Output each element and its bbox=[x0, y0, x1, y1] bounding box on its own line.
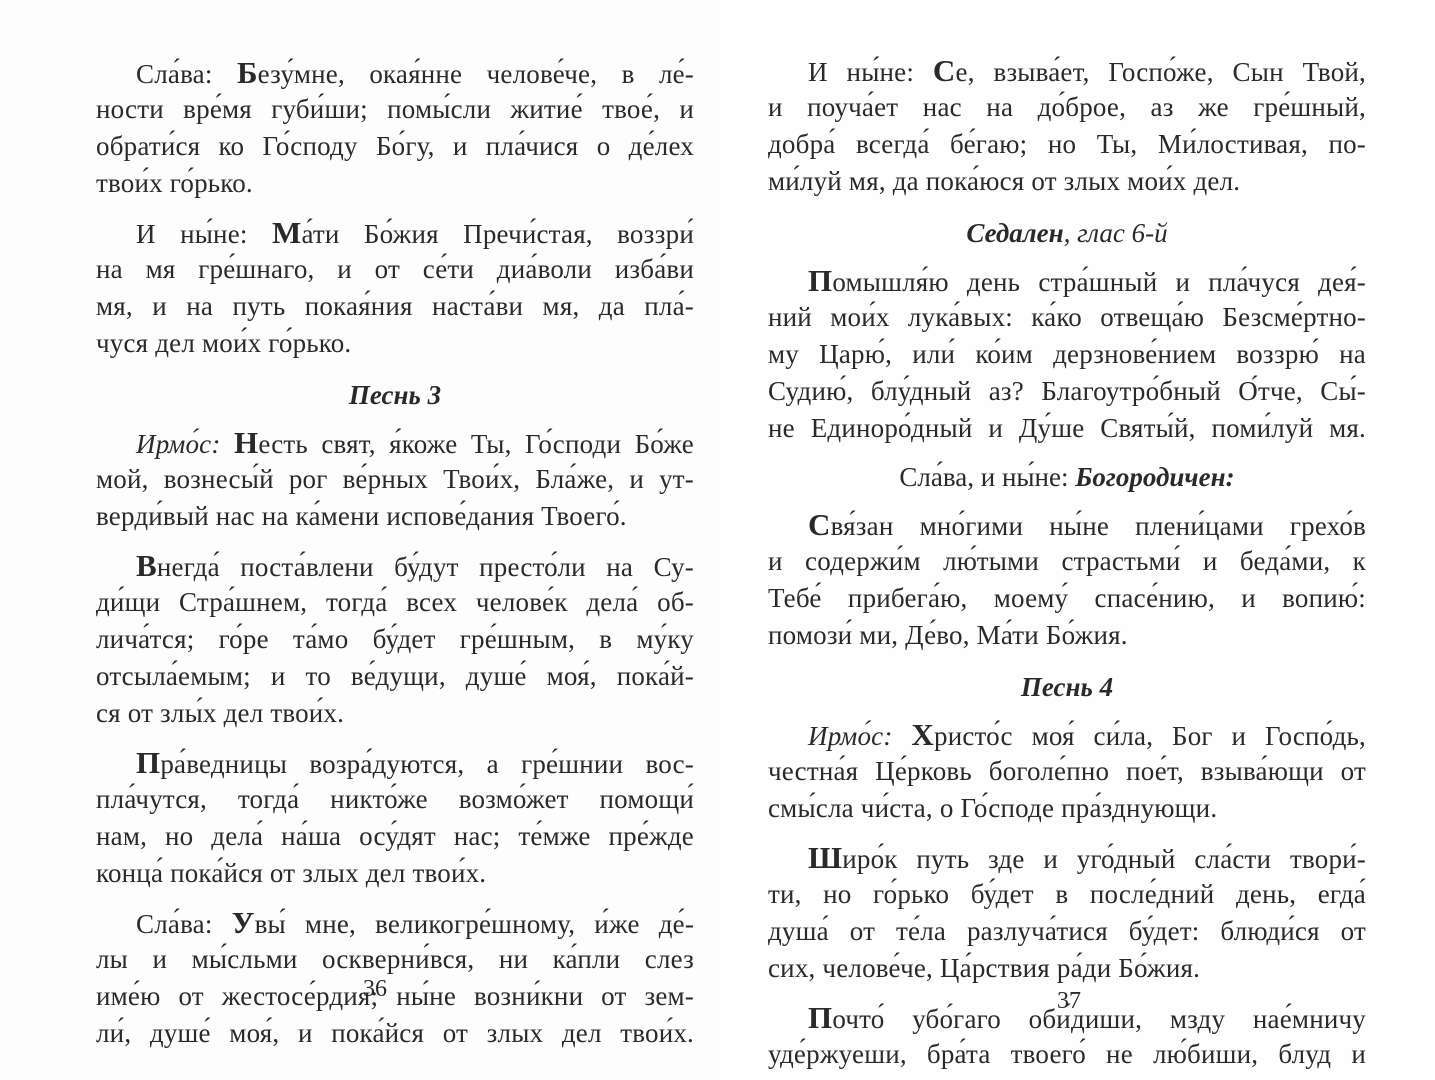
text-line: Широ́к путь зде и уго́дный сла́сти твори… bbox=[768, 839, 1366, 876]
text-line: лы и мы́сльми оскверни́вся, ни ка́пли сл… bbox=[96, 941, 694, 978]
text-line: Внегда́ поста́вле­ни бу́дут престо́ли на… bbox=[96, 547, 694, 584]
text-line: Сла́ва: Безу́мне, окая́нне челове́че, в … bbox=[96, 54, 694, 91]
text-line: ли́, душе́ моя́, и пока́йся от злых дел … bbox=[96, 1015, 694, 1052]
text-line: и поуча́ет нас на до́брое, аз же гре́шны… bbox=[768, 89, 1366, 126]
text-line: ности вре́мя губи́ши; помы́сли житие́ тв… bbox=[96, 91, 694, 128]
theotokion: Свя́зан мно́гими ны́не плени́цами грехо́… bbox=[768, 506, 1366, 654]
text-line: помози́ ми, Де́во, Ма́ти Бо́жия. bbox=[768, 617, 1366, 654]
text-line: Ирмо́с: Христо́с моя́ си́ла, Бог и Госпо… bbox=[768, 716, 1366, 753]
text-line: смы́сла чи́ста, о Го́споде пра́зднующи. bbox=[768, 790, 1366, 827]
text-line: ди́щи Стра́шнем, тогда́ всех челове́к де… bbox=[96, 584, 694, 621]
heading-song-3: Песнь 3 bbox=[96, 374, 694, 416]
sedalen-tone: , глас 6-й bbox=[1064, 218, 1168, 248]
right-page: И ны́не: Се, взыва́ет, Госпо́же, Сын Тво… bbox=[717, 0, 1435, 1080]
theotokion-and-now: И ны́не: Се, взыва́ет, Госпо́же, Сын Тво… bbox=[768, 52, 1366, 200]
left-page: Сла́ва: Безу́мне, окая́нне челове́че, в … bbox=[0, 0, 717, 1080]
text-line: мой, вознесы́й рог ве́рных Твои́х, Бла́ж… bbox=[96, 461, 694, 498]
text-line: честна́я Це́рковь боголе́пно пое́т, взыв… bbox=[768, 753, 1366, 790]
text-line: И ны́не: Се, взыва́ет, Госпо́же, Сын Тво… bbox=[768, 52, 1366, 89]
line-text: е, взыва́ет, Госпо́же, Сын Твой, bbox=[956, 57, 1366, 87]
page-number: 36 bbox=[345, 976, 405, 1003]
text-line: душа́ от те́ла разлуча́тися бу́дет: блюд… bbox=[768, 913, 1366, 950]
line-text: иро́к путь зде и уго́дный сла́сти твори́… bbox=[842, 844, 1366, 874]
dropcap: Н bbox=[234, 425, 258, 460]
text-line: му Царю́, или́ ко́им дерзнове́нием воззр… bbox=[768, 336, 1366, 373]
text-line: ми́луй мя, да пока́юся от злых мои́х дел… bbox=[768, 163, 1366, 200]
troparion: Внегда́ поста́вле­ни бу́дут престо́ли на… bbox=[96, 547, 694, 732]
text-line: И ны́не: Ма́ти Бо́жия Пречи́стая, воззри… bbox=[96, 214, 694, 251]
irmos-song-3: Ирмо́с: Несть свят, я́коже Ты, Го́споди … bbox=[96, 424, 694, 535]
glory-text: Сла́ва, и ны́не: bbox=[899, 462, 1075, 492]
text-line: Сла́ва: Увы́ мне, великогре́шному, и́же … bbox=[96, 904, 694, 941]
text-line: мя, и на путь покая́ния наста́ви мя, да … bbox=[96, 288, 694, 325]
irmos-label: Ирмо́с: bbox=[136, 429, 234, 459]
page-number: 37 bbox=[1039, 988, 1099, 1015]
line-text: есть свят, я́коже Ты, Го́споди Бо́же bbox=[258, 429, 694, 459]
prefix: Сла́ва: bbox=[136, 909, 232, 939]
text-line: на мя гре́шнаго, и от се́ти диа́воли изб… bbox=[96, 251, 694, 288]
dropcap: Ш bbox=[808, 840, 842, 875]
text-line: и содержи́м лю́тыми страстьми́ и беда́ми… bbox=[768, 543, 1366, 580]
dropcap: П bbox=[808, 1000, 832, 1035]
glory-and-now-line: Сла́ва, и ны́не: Богородичен: bbox=[768, 459, 1366, 496]
text-line: уде́ржуеши, бра́та твоего́ не лю́биши, б… bbox=[768, 1036, 1366, 1073]
line-text: вя́зан мно́гими ны́не плени́цами грехо́в bbox=[831, 511, 1366, 541]
dropcap: П bbox=[808, 263, 832, 298]
dropcap: С bbox=[808, 507, 831, 542]
text-line: твои́х го́рько. bbox=[96, 165, 694, 202]
text-line: Тебе́ прибега́ю, моему́ спасе́нию, и воп… bbox=[768, 580, 1366, 617]
text-line: Помышля́ю день стра́шный и пла́чуся дея́… bbox=[768, 262, 1366, 299]
line-text: очто́ убо́гаго оби́диши, мзду нае́мничу bbox=[832, 1004, 1366, 1034]
line-text: ра́ведницы возра́дуются, а гре́шнии вос- bbox=[160, 749, 694, 779]
text-line: Свя́зан мно́гими ны́не плени́цами грехо́… bbox=[768, 506, 1366, 543]
right-page-text: И ны́не: Се, взыва́ет, Госпо́же, Сын Тво… bbox=[768, 52, 1366, 1080]
line-text: а́ти Бо́жия Пречи́стая, воззри́ bbox=[301, 219, 694, 249]
text-line: лича́тся; го́ре та́мо бу́дет гре́шным, в… bbox=[96, 621, 694, 658]
text-line: конца́ пока́йся от злых дел твои́х. bbox=[96, 855, 694, 892]
theotokion-and-now: И ны́не: Ма́ти Бо́жия Пречи́стая, воззри… bbox=[96, 214, 694, 362]
text-line: нам, но дела́ на́ша осу́дят нас; те́мже … bbox=[96, 818, 694, 855]
text-line: ти, но го́рько бу́дет в после́дний день,… bbox=[768, 876, 1366, 913]
text-line: Ирмо́с: Несть свят, я́коже Ты, Го́споди … bbox=[96, 424, 694, 461]
text-line: обрати́ся ко Го́споду Бо́гу, и пла́чися … bbox=[96, 128, 694, 165]
prefix: И ны́не: bbox=[136, 219, 272, 249]
text-line: верди́вый нас на ка́мени испове́дания Тв… bbox=[96, 498, 694, 535]
text-line: отсыла́емым; и то ве́дущи, душе́ моя́, п… bbox=[96, 658, 694, 695]
text-line: Судию́, блу́дный аз? Благоутро́бный О́тч… bbox=[768, 373, 1366, 410]
line-text: ристо́с моя́ си́ла, Бог и Госпо́дь, bbox=[934, 721, 1366, 751]
irmos-label: Ирмо́с: bbox=[808, 721, 911, 751]
sticheron-glory: Сла́ва: Безу́мне, окая́нне челове́че, в … bbox=[96, 54, 694, 202]
theotokion-label: Богородичен: bbox=[1075, 462, 1234, 492]
heading-song-4: Песнь 4 bbox=[768, 666, 1366, 708]
sedalen-title: Седален bbox=[966, 218, 1063, 248]
dropcap: С bbox=[933, 53, 956, 88]
troparion: Пра́ведницы возра́дуются, а гре́шнии вос… bbox=[96, 744, 694, 892]
dropcap: У bbox=[232, 905, 255, 940]
left-page-text: Сла́ва: Безу́мне, окая́нне челове́че, в … bbox=[96, 54, 694, 1064]
heading-sedalen: Седален, глас 6-й bbox=[768, 212, 1366, 254]
dropcap: В bbox=[136, 548, 157, 583]
line-text: вы́ мне, великогре́шному, и́же де́- bbox=[255, 909, 694, 939]
text-line: не Единоро́дный и Ду́ше Святы́й, поми́лу… bbox=[768, 410, 1366, 447]
prefix: И ны́не: bbox=[808, 57, 933, 87]
prefix: Сла́ва: bbox=[136, 59, 237, 89]
line-text: негда́ поста́вле­ни бу́дут престо́ли на … bbox=[157, 552, 694, 582]
dropcap: Б bbox=[237, 55, 258, 90]
sedalen: Помышля́ю день стра́шный и пла́чуся дея́… bbox=[768, 262, 1366, 447]
dropcap: П bbox=[136, 745, 160, 780]
text-line: сих, челове́че, Ца́рствия ра́ди Бо́жия. bbox=[768, 950, 1366, 987]
line-text: езу́мне, окая́нне челове́че, в ле́- bbox=[258, 59, 694, 89]
text-line: Пра́ведницы возра́дуются, а гре́шнии вос… bbox=[96, 744, 694, 781]
dropcap: Х bbox=[911, 717, 934, 752]
text-line: ся от злы́х дел твои́х. bbox=[96, 695, 694, 732]
text-line: пла́чутся, тогда́ никто́же возмо́жет пом… bbox=[96, 781, 694, 818]
text-line: добра́ всегда́ бе́гаю; но Ты, Ми́лостива… bbox=[768, 126, 1366, 163]
irmos-song-4: Ирмо́с: Христо́с моя́ си́ла, Бог и Госпо… bbox=[768, 716, 1366, 827]
text-line: чуся дел мои́х го́рько. bbox=[96, 325, 694, 362]
text-line: ний мои́х лука́вых: ка́ко отвеща́ю Безсм… bbox=[768, 299, 1366, 336]
line-text: омышля́ю день стра́шный и пла́чуся дея́- bbox=[832, 267, 1366, 297]
troparion: Широ́к путь зде и уго́дный сла́сти твори… bbox=[768, 839, 1366, 987]
dropcap: М bbox=[272, 215, 301, 250]
